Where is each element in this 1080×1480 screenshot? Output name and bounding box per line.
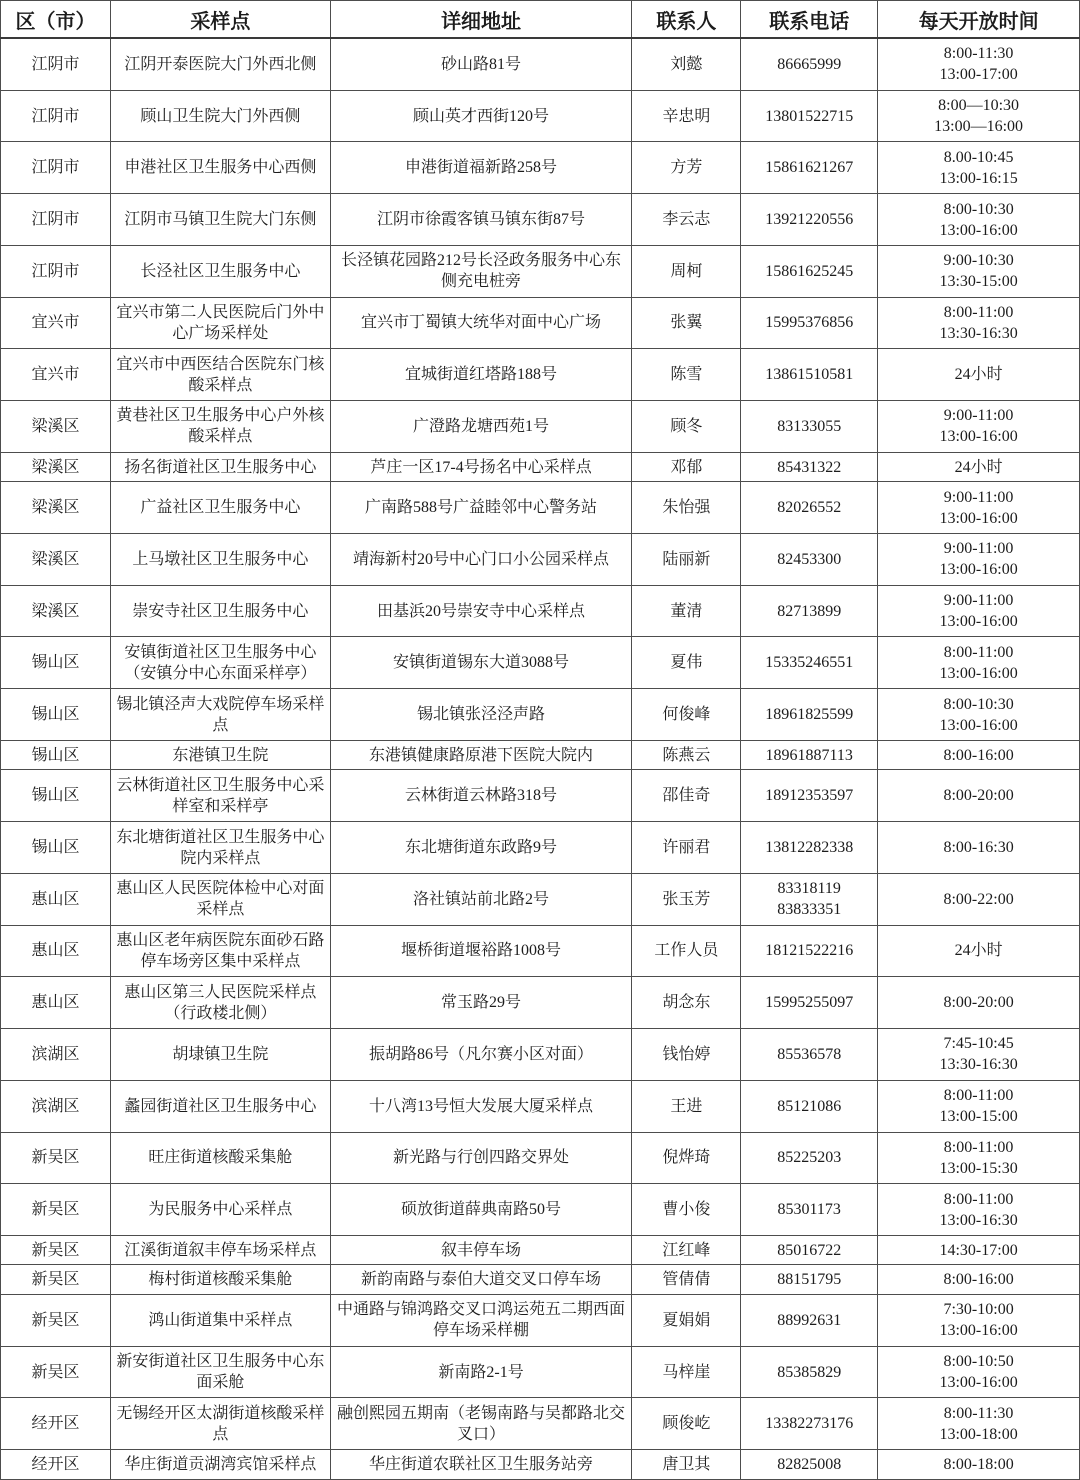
site-cell: 惠山区第三人民医院采样点（行政楼北侧） bbox=[110, 977, 330, 1029]
phone-cell: 86665999 bbox=[741, 38, 878, 90]
hours-cell: 24小时 bbox=[878, 452, 1080, 482]
table-row: 滨湖区蠡园街道社区卫生服务中心十八湾13号恒大发展大厦采样点王进85121086… bbox=[1, 1080, 1080, 1132]
table-row: 锡山区云林街道社区卫生服务中心采样室和采样亭云林街道云林路318号邵佳奇1891… bbox=[1, 770, 1080, 822]
address-cell: 中通路与锦鸿路交叉口鸿运苑五二期西面停车场采样棚 bbox=[330, 1295, 632, 1347]
district-cell: 梁溪区 bbox=[1, 401, 111, 453]
phone-cell: 18961825599 bbox=[741, 689, 878, 741]
phone-cell: 82453300 bbox=[741, 534, 878, 586]
hours-cell: 14:30-17:00 bbox=[878, 1235, 1080, 1265]
header-contact: 联系人 bbox=[632, 1, 741, 39]
district-cell: 经开区 bbox=[1, 1450, 111, 1480]
site-cell: 胡埭镇卫生院 bbox=[110, 1029, 330, 1081]
table-row: 梁溪区上马墩社区卫生服务中心靖海新村20号中心门口小公园采样点陆丽新824533… bbox=[1, 534, 1080, 586]
address-cell: 田基浜20号崇安寺中心采样点 bbox=[330, 585, 632, 637]
phone-cell: 82713899 bbox=[741, 585, 878, 637]
site-cell: 云林街道社区卫生服务中心采样室和采样亭 bbox=[110, 770, 330, 822]
contact-cell: 张翼 bbox=[632, 297, 741, 349]
contact-cell: 工作人员 bbox=[632, 925, 741, 977]
address-cell: 叙丰停车场 bbox=[330, 1235, 632, 1265]
header-site: 采样点 bbox=[110, 1, 330, 39]
site-cell: 黄巷社区卫生服务中心户外核酸采样点 bbox=[110, 401, 330, 453]
hours-cell: 8:00-18:00 bbox=[878, 1450, 1080, 1480]
table-row: 经开区华庄街道贡湖湾宾馆采样点华庄街道农联社区卫生服务站旁唐卫其82825008… bbox=[1, 1450, 1080, 1480]
address-cell: 砂山路81号 bbox=[330, 38, 632, 90]
district-cell: 滨湖区 bbox=[1, 1080, 111, 1132]
contact-cell: 周柯 bbox=[632, 245, 741, 297]
phone-cell: 13861510581 bbox=[741, 349, 878, 401]
district-cell: 惠山区 bbox=[1, 977, 111, 1029]
district-cell: 惠山区 bbox=[1, 873, 111, 925]
contact-cell: 张玉芳 bbox=[632, 873, 741, 925]
phone-cell: 13801522715 bbox=[741, 90, 878, 142]
hours-cell: 9:00-10:30 13:30-15:00 bbox=[878, 245, 1080, 297]
phone-cell: 85536578 bbox=[741, 1029, 878, 1081]
address-cell: 华庄街道农联社区卫生服务站旁 bbox=[330, 1450, 632, 1480]
hours-cell: 8:00-11:00 13:30-16:30 bbox=[878, 297, 1080, 349]
address-cell: 东港镇健康路原港下医院大院内 bbox=[330, 740, 632, 770]
site-cell: 华庄街道贡湖湾宾馆采样点 bbox=[110, 1450, 330, 1480]
table-row: 锡山区东北塘街道社区卫生服务中心院内采样点东北塘街道东政路9号许丽君138122… bbox=[1, 822, 1080, 874]
contact-cell: 顾冬 bbox=[632, 401, 741, 453]
district-cell: 新吴区 bbox=[1, 1346, 111, 1398]
contact-cell: 邓郁 bbox=[632, 452, 741, 482]
phone-cell: 85385829 bbox=[741, 1346, 878, 1398]
district-cell: 锡山区 bbox=[1, 770, 111, 822]
site-cell: 扬名街道社区卫生服务中心 bbox=[110, 452, 330, 482]
hours-cell: 8:00-20:00 bbox=[878, 770, 1080, 822]
table-row: 新吴区新安街道社区卫生服务中心东面采舱新南路2-1号马梓崖853858298:0… bbox=[1, 1346, 1080, 1398]
contact-cell: 江红峰 bbox=[632, 1235, 741, 1265]
site-cell: 新安街道社区卫生服务中心东面采舱 bbox=[110, 1346, 330, 1398]
site-cell: 惠山区人民医院体检中心对面采样点 bbox=[110, 873, 330, 925]
header-row: 区（市） 采样点 详细地址 联系人 联系电话 每天开放时间 bbox=[1, 1, 1080, 39]
header-phone: 联系电话 bbox=[741, 1, 878, 39]
hours-cell: 8:00-11:00 13:00-15:30 bbox=[878, 1132, 1080, 1184]
table-row: 江阴市顾山卫生院大门外西侧顾山英才西街120号辛忠明138015227158:0… bbox=[1, 90, 1080, 142]
address-cell: 振胡路86号（凡尔赛小区对面） bbox=[330, 1029, 632, 1081]
contact-cell: 辛忠明 bbox=[632, 90, 741, 142]
address-cell: 广南路588号广益睦邻中心警务站 bbox=[330, 482, 632, 534]
address-cell: 硕放街道薛典南路50号 bbox=[330, 1184, 632, 1236]
hours-cell: 8:00—10:30 13:00—16:00 bbox=[878, 90, 1080, 142]
table-row: 滨湖区胡埭镇卫生院振胡路86号（凡尔赛小区对面）钱怡婷855365787:45-… bbox=[1, 1029, 1080, 1081]
address-cell: 申港街道福新路258号 bbox=[330, 142, 632, 194]
hours-cell: 9:00-11:00 13:00-16:00 bbox=[878, 585, 1080, 637]
district-cell: 梁溪区 bbox=[1, 452, 111, 482]
site-cell: 顾山卫生院大门外西侧 bbox=[110, 90, 330, 142]
table-row: 锡山区锡北镇泾声大戏院停车场采样点锡北镇张泾泾声路何俊峰189618255998… bbox=[1, 689, 1080, 741]
hours-cell: 8:00-11:00 13:00-16:00 bbox=[878, 637, 1080, 689]
contact-cell: 曹小俊 bbox=[632, 1184, 741, 1236]
address-cell: 宜兴市丁蜀镇大统华对面中心广场 bbox=[330, 297, 632, 349]
hours-cell: 8:00-22:00 bbox=[878, 873, 1080, 925]
contact-cell: 何俊峰 bbox=[632, 689, 741, 741]
phone-cell: 15995376856 bbox=[741, 297, 878, 349]
hours-cell: 9:00-11:00 13:00-16:00 bbox=[878, 482, 1080, 534]
table-row: 梁溪区扬名街道社区卫生服务中心芦庄一区17-4号扬名中心采样点邓郁8543132… bbox=[1, 452, 1080, 482]
contact-cell: 朱怡强 bbox=[632, 482, 741, 534]
hours-cell: 9:00-11:00 13:00-16:00 bbox=[878, 401, 1080, 453]
hours-cell: 9:00-11:00 13:00-16:00 bbox=[878, 534, 1080, 586]
phone-cell: 15861621267 bbox=[741, 142, 878, 194]
district-cell: 锡山区 bbox=[1, 689, 111, 741]
district-cell: 宜兴市 bbox=[1, 349, 111, 401]
district-cell: 梁溪区 bbox=[1, 534, 111, 586]
phone-cell: 85431322 bbox=[741, 452, 878, 482]
contact-cell: 王进 bbox=[632, 1080, 741, 1132]
site-cell: 上马墩社区卫生服务中心 bbox=[110, 534, 330, 586]
site-cell: 东港镇卫生院 bbox=[110, 740, 330, 770]
hours-cell: 8:00-16:30 bbox=[878, 822, 1080, 874]
table-row: 江阴市江阴开泰医院大门外西北侧砂山路81号刘懿866659998:00-11:3… bbox=[1, 38, 1080, 90]
district-cell: 新吴区 bbox=[1, 1235, 111, 1265]
table-row: 新吴区江溪街道叙丰停车场采样点叙丰停车场江红峰8501672214:30-17:… bbox=[1, 1235, 1080, 1265]
district-cell: 惠山区 bbox=[1, 925, 111, 977]
site-cell: 申港社区卫生服务中心西侧 bbox=[110, 142, 330, 194]
hours-cell: 8:00-10:30 13:00-16:00 bbox=[878, 689, 1080, 741]
contact-cell: 邵佳奇 bbox=[632, 770, 741, 822]
district-cell: 新吴区 bbox=[1, 1132, 111, 1184]
contact-cell: 顾俊屹 bbox=[632, 1398, 741, 1450]
address-cell: 新光路与行创四路交界处 bbox=[330, 1132, 632, 1184]
district-cell: 锡山区 bbox=[1, 822, 111, 874]
contact-cell: 方芳 bbox=[632, 142, 741, 194]
district-cell: 新吴区 bbox=[1, 1295, 111, 1347]
site-cell: 崇安寺社区卫生服务中心 bbox=[110, 585, 330, 637]
phone-cell: 85016722 bbox=[741, 1235, 878, 1265]
phone-cell: 13921220556 bbox=[741, 194, 878, 246]
site-cell: 为民服务中心采样点 bbox=[110, 1184, 330, 1236]
contact-cell: 钱怡婷 bbox=[632, 1029, 741, 1081]
hours-cell: 8:00-16:00 bbox=[878, 740, 1080, 770]
site-cell: 宜兴市第二人民医院后门外中心广场采样处 bbox=[110, 297, 330, 349]
phone-cell: 13382273176 bbox=[741, 1398, 878, 1450]
address-cell: 宜城街道红塔路188号 bbox=[330, 349, 632, 401]
phone-cell: 88151795 bbox=[741, 1265, 878, 1295]
table-body: 江阴市江阴开泰医院大门外西北侧砂山路81号刘懿866659998:00-11:3… bbox=[1, 38, 1080, 1480]
table-row: 锡山区安镇街道社区卫生服务中心（安镇分中心东面采样亭）安镇街道锡东大道3088号… bbox=[1, 637, 1080, 689]
site-cell: 安镇街道社区卫生服务中心（安镇分中心东面采样亭） bbox=[110, 637, 330, 689]
table-row: 江阴市申港社区卫生服务中心西侧申港街道福新路258号方芳158616212678… bbox=[1, 142, 1080, 194]
hours-cell: 8:00-11:00 13:00-16:30 bbox=[878, 1184, 1080, 1236]
contact-cell: 夏伟 bbox=[632, 637, 741, 689]
header-address: 详细地址 bbox=[330, 1, 632, 39]
phone-cell: 82026552 bbox=[741, 482, 878, 534]
hours-cell: 8:00-20:00 bbox=[878, 977, 1080, 1029]
address-cell: 安镇街道锡东大道3088号 bbox=[330, 637, 632, 689]
table-row: 锡山区东港镇卫生院东港镇健康路原港下医院大院内陈燕云189618871138:0… bbox=[1, 740, 1080, 770]
hours-cell: 24小时 bbox=[878, 925, 1080, 977]
district-cell: 经开区 bbox=[1, 1398, 111, 1450]
district-cell: 新吴区 bbox=[1, 1265, 111, 1295]
hours-cell: 8:00-16:00 bbox=[878, 1265, 1080, 1295]
contact-cell: 董清 bbox=[632, 585, 741, 637]
table-row: 经开区无锡经开区太湖街道核酸采样点融创熙园五期南（老锡南路与吴都路北交叉口）顾俊… bbox=[1, 1398, 1080, 1450]
contact-cell: 唐卫其 bbox=[632, 1450, 741, 1480]
table-row: 惠山区惠山区老年病医院东面砂石路停车场旁区集中采样点堰桥街道堰裕路1008号工作… bbox=[1, 925, 1080, 977]
contact-cell: 马梓崖 bbox=[632, 1346, 741, 1398]
address-cell: 芦庄一区17-4号扬名中心采样点 bbox=[330, 452, 632, 482]
phone-cell: 85121086 bbox=[741, 1080, 878, 1132]
address-cell: 堰桥街道堰裕路1008号 bbox=[330, 925, 632, 977]
district-cell: 江阴市 bbox=[1, 194, 111, 246]
site-cell: 锡北镇泾声大戏院停车场采样点 bbox=[110, 689, 330, 741]
table-row: 惠山区惠山区人民医院体检中心对面采样点洛社镇站前北路2号张玉芳83318119 … bbox=[1, 873, 1080, 925]
address-cell: 锡北镇张泾泾声路 bbox=[330, 689, 632, 741]
hours-cell: 8:00-11:30 13:00-17:00 bbox=[878, 38, 1080, 90]
address-cell: 新南路2-1号 bbox=[330, 1346, 632, 1398]
table-row: 新吴区为民服务中心采样点硕放街道薛典南路50号曹小俊853011738:00-1… bbox=[1, 1184, 1080, 1236]
site-cell: 江阴市马镇卫生院大门东侧 bbox=[110, 194, 330, 246]
address-cell: 十八湾13号恒大发展大厦采样点 bbox=[330, 1080, 632, 1132]
phone-cell: 83318119 83833351 bbox=[741, 873, 878, 925]
table-row: 新吴区鸿山街道集中采样点中通路与锦鸿路交叉口鸿运苑五二期西面停车场采样棚夏娟娟8… bbox=[1, 1295, 1080, 1347]
hours-cell: 8:00-10:50 13:00-16:00 bbox=[878, 1346, 1080, 1398]
table-row: 新吴区旺庄街道核酸采集舱新光路与行创四路交界处倪烨琦852252038:00-1… bbox=[1, 1132, 1080, 1184]
site-cell: 江阴开泰医院大门外西北侧 bbox=[110, 38, 330, 90]
site-cell: 鸿山街道集中采样点 bbox=[110, 1295, 330, 1347]
district-cell: 宜兴市 bbox=[1, 297, 111, 349]
table-row: 江阴市长泾社区卫生服务中心长泾镇花园路212号长泾政务服务中心东侧充电桩旁周柯1… bbox=[1, 245, 1080, 297]
table-row: 江阴市江阴市马镇卫生院大门东侧江阴市徐霞客镇马镇东街87号李云志13921220… bbox=[1, 194, 1080, 246]
district-cell: 江阴市 bbox=[1, 142, 111, 194]
address-cell: 长泾镇花园路212号长泾政务服务中心东侧充电桩旁 bbox=[330, 245, 632, 297]
sampling-points-table: 区（市） 采样点 详细地址 联系人 联系电话 每天开放时间 江阴市江阴开泰医院大… bbox=[0, 0, 1080, 1480]
site-cell: 梅村街道核酸采集舱 bbox=[110, 1265, 330, 1295]
contact-cell: 陆丽新 bbox=[632, 534, 741, 586]
table-row: 宜兴市宜兴市第二人民医院后门外中心广场采样处宜兴市丁蜀镇大统华对面中心广场张翼1… bbox=[1, 297, 1080, 349]
header-district: 区（市） bbox=[1, 1, 111, 39]
district-cell: 滨湖区 bbox=[1, 1029, 111, 1081]
contact-cell: 夏娟娟 bbox=[632, 1295, 741, 1347]
district-cell: 江阴市 bbox=[1, 245, 111, 297]
site-cell: 无锡经开区太湖街道核酸采样点 bbox=[110, 1398, 330, 1450]
contact-cell: 胡念东 bbox=[632, 977, 741, 1029]
table-row: 新吴区梅村街道核酸采集舱新韵南路与泰伯大道交叉口停车场管倩倩881517958:… bbox=[1, 1265, 1080, 1295]
district-cell: 梁溪区 bbox=[1, 585, 111, 637]
phone-cell: 85225203 bbox=[741, 1132, 878, 1184]
district-cell: 江阴市 bbox=[1, 90, 111, 142]
address-cell: 顾山英才西街120号 bbox=[330, 90, 632, 142]
phone-cell: 15335246551 bbox=[741, 637, 878, 689]
table-row: 梁溪区黄巷社区卫生服务中心户外核酸采样点广澄路龙塘西苑1号顾冬831330559… bbox=[1, 401, 1080, 453]
district-cell: 江阴市 bbox=[1, 38, 111, 90]
district-cell: 锡山区 bbox=[1, 740, 111, 770]
phone-cell: 85301173 bbox=[741, 1184, 878, 1236]
site-cell: 广益社区卫生服务中心 bbox=[110, 482, 330, 534]
site-cell: 东北塘街道社区卫生服务中心院内采样点 bbox=[110, 822, 330, 874]
address-cell: 云林街道云林路318号 bbox=[330, 770, 632, 822]
table-row: 梁溪区崇安寺社区卫生服务中心田基浜20号崇安寺中心采样点董清827138999:… bbox=[1, 585, 1080, 637]
site-cell: 惠山区老年病医院东面砂石路停车场旁区集中采样点 bbox=[110, 925, 330, 977]
phone-cell: 18121522216 bbox=[741, 925, 878, 977]
contact-cell: 许丽君 bbox=[632, 822, 741, 874]
district-cell: 新吴区 bbox=[1, 1184, 111, 1236]
district-cell: 梁溪区 bbox=[1, 482, 111, 534]
table-row: 梁溪区广益社区卫生服务中心广南路588号广益睦邻中心警务站朱怡强82026552… bbox=[1, 482, 1080, 534]
contact-cell: 陈雪 bbox=[632, 349, 741, 401]
hours-cell: 8:00-10:30 13:00-16:00 bbox=[878, 194, 1080, 246]
site-cell: 旺庄街道核酸采集舱 bbox=[110, 1132, 330, 1184]
table-row: 宜兴市宜兴市中西医结合医院东门核酸采样点宜城街道红塔路188号陈雪1386151… bbox=[1, 349, 1080, 401]
hours-cell: 8.00-10:45 13:00-16:15 bbox=[878, 142, 1080, 194]
site-cell: 宜兴市中西医结合医院东门核酸采样点 bbox=[110, 349, 330, 401]
phone-cell: 83133055 bbox=[741, 401, 878, 453]
site-cell: 长泾社区卫生服务中心 bbox=[110, 245, 330, 297]
hours-cell: 7:30-10:00 13:00-16:00 bbox=[878, 1295, 1080, 1347]
table-header: 区（市） 采样点 详细地址 联系人 联系电话 每天开放时间 bbox=[1, 1, 1080, 39]
contact-cell: 刘懿 bbox=[632, 38, 741, 90]
contact-cell: 陈燕云 bbox=[632, 740, 741, 770]
phone-cell: 88992631 bbox=[741, 1295, 878, 1347]
address-cell: 靖海新村20号中心门口小公园采样点 bbox=[330, 534, 632, 586]
phone-cell: 82825008 bbox=[741, 1450, 878, 1480]
hours-cell: 8:00-11:00 13:00-15:00 bbox=[878, 1080, 1080, 1132]
address-cell: 江阴市徐霞客镇马镇东街87号 bbox=[330, 194, 632, 246]
phone-cell: 15995255097 bbox=[741, 977, 878, 1029]
contact-cell: 管倩倩 bbox=[632, 1265, 741, 1295]
contact-cell: 倪烨琦 bbox=[632, 1132, 741, 1184]
hours-cell: 7:45-10:45 13:30-16:30 bbox=[878, 1029, 1080, 1081]
table-row: 惠山区惠山区第三人民医院采样点（行政楼北侧）常玉路29号胡念东159952550… bbox=[1, 977, 1080, 1029]
phone-cell: 18912353597 bbox=[741, 770, 878, 822]
site-cell: 蠡园街道社区卫生服务中心 bbox=[110, 1080, 330, 1132]
site-cell: 江溪街道叙丰停车场采样点 bbox=[110, 1235, 330, 1265]
phone-cell: 15861625245 bbox=[741, 245, 878, 297]
hours-cell: 24小时 bbox=[878, 349, 1080, 401]
district-cell: 锡山区 bbox=[1, 637, 111, 689]
phone-cell: 13812282338 bbox=[741, 822, 878, 874]
address-cell: 广澄路龙塘西苑1号 bbox=[330, 401, 632, 453]
address-cell: 融创熙园五期南（老锡南路与吴都路北交叉口） bbox=[330, 1398, 632, 1450]
contact-cell: 李云志 bbox=[632, 194, 741, 246]
hours-cell: 8:00-11:30 13:00-18:00 bbox=[878, 1398, 1080, 1450]
phone-cell: 18961887113 bbox=[741, 740, 878, 770]
address-cell: 洛社镇站前北路2号 bbox=[330, 873, 632, 925]
address-cell: 东北塘街道东政路9号 bbox=[330, 822, 632, 874]
address-cell: 常玉路29号 bbox=[330, 977, 632, 1029]
address-cell: 新韵南路与泰伯大道交叉口停车场 bbox=[330, 1265, 632, 1295]
header-hours: 每天开放时间 bbox=[878, 1, 1080, 39]
